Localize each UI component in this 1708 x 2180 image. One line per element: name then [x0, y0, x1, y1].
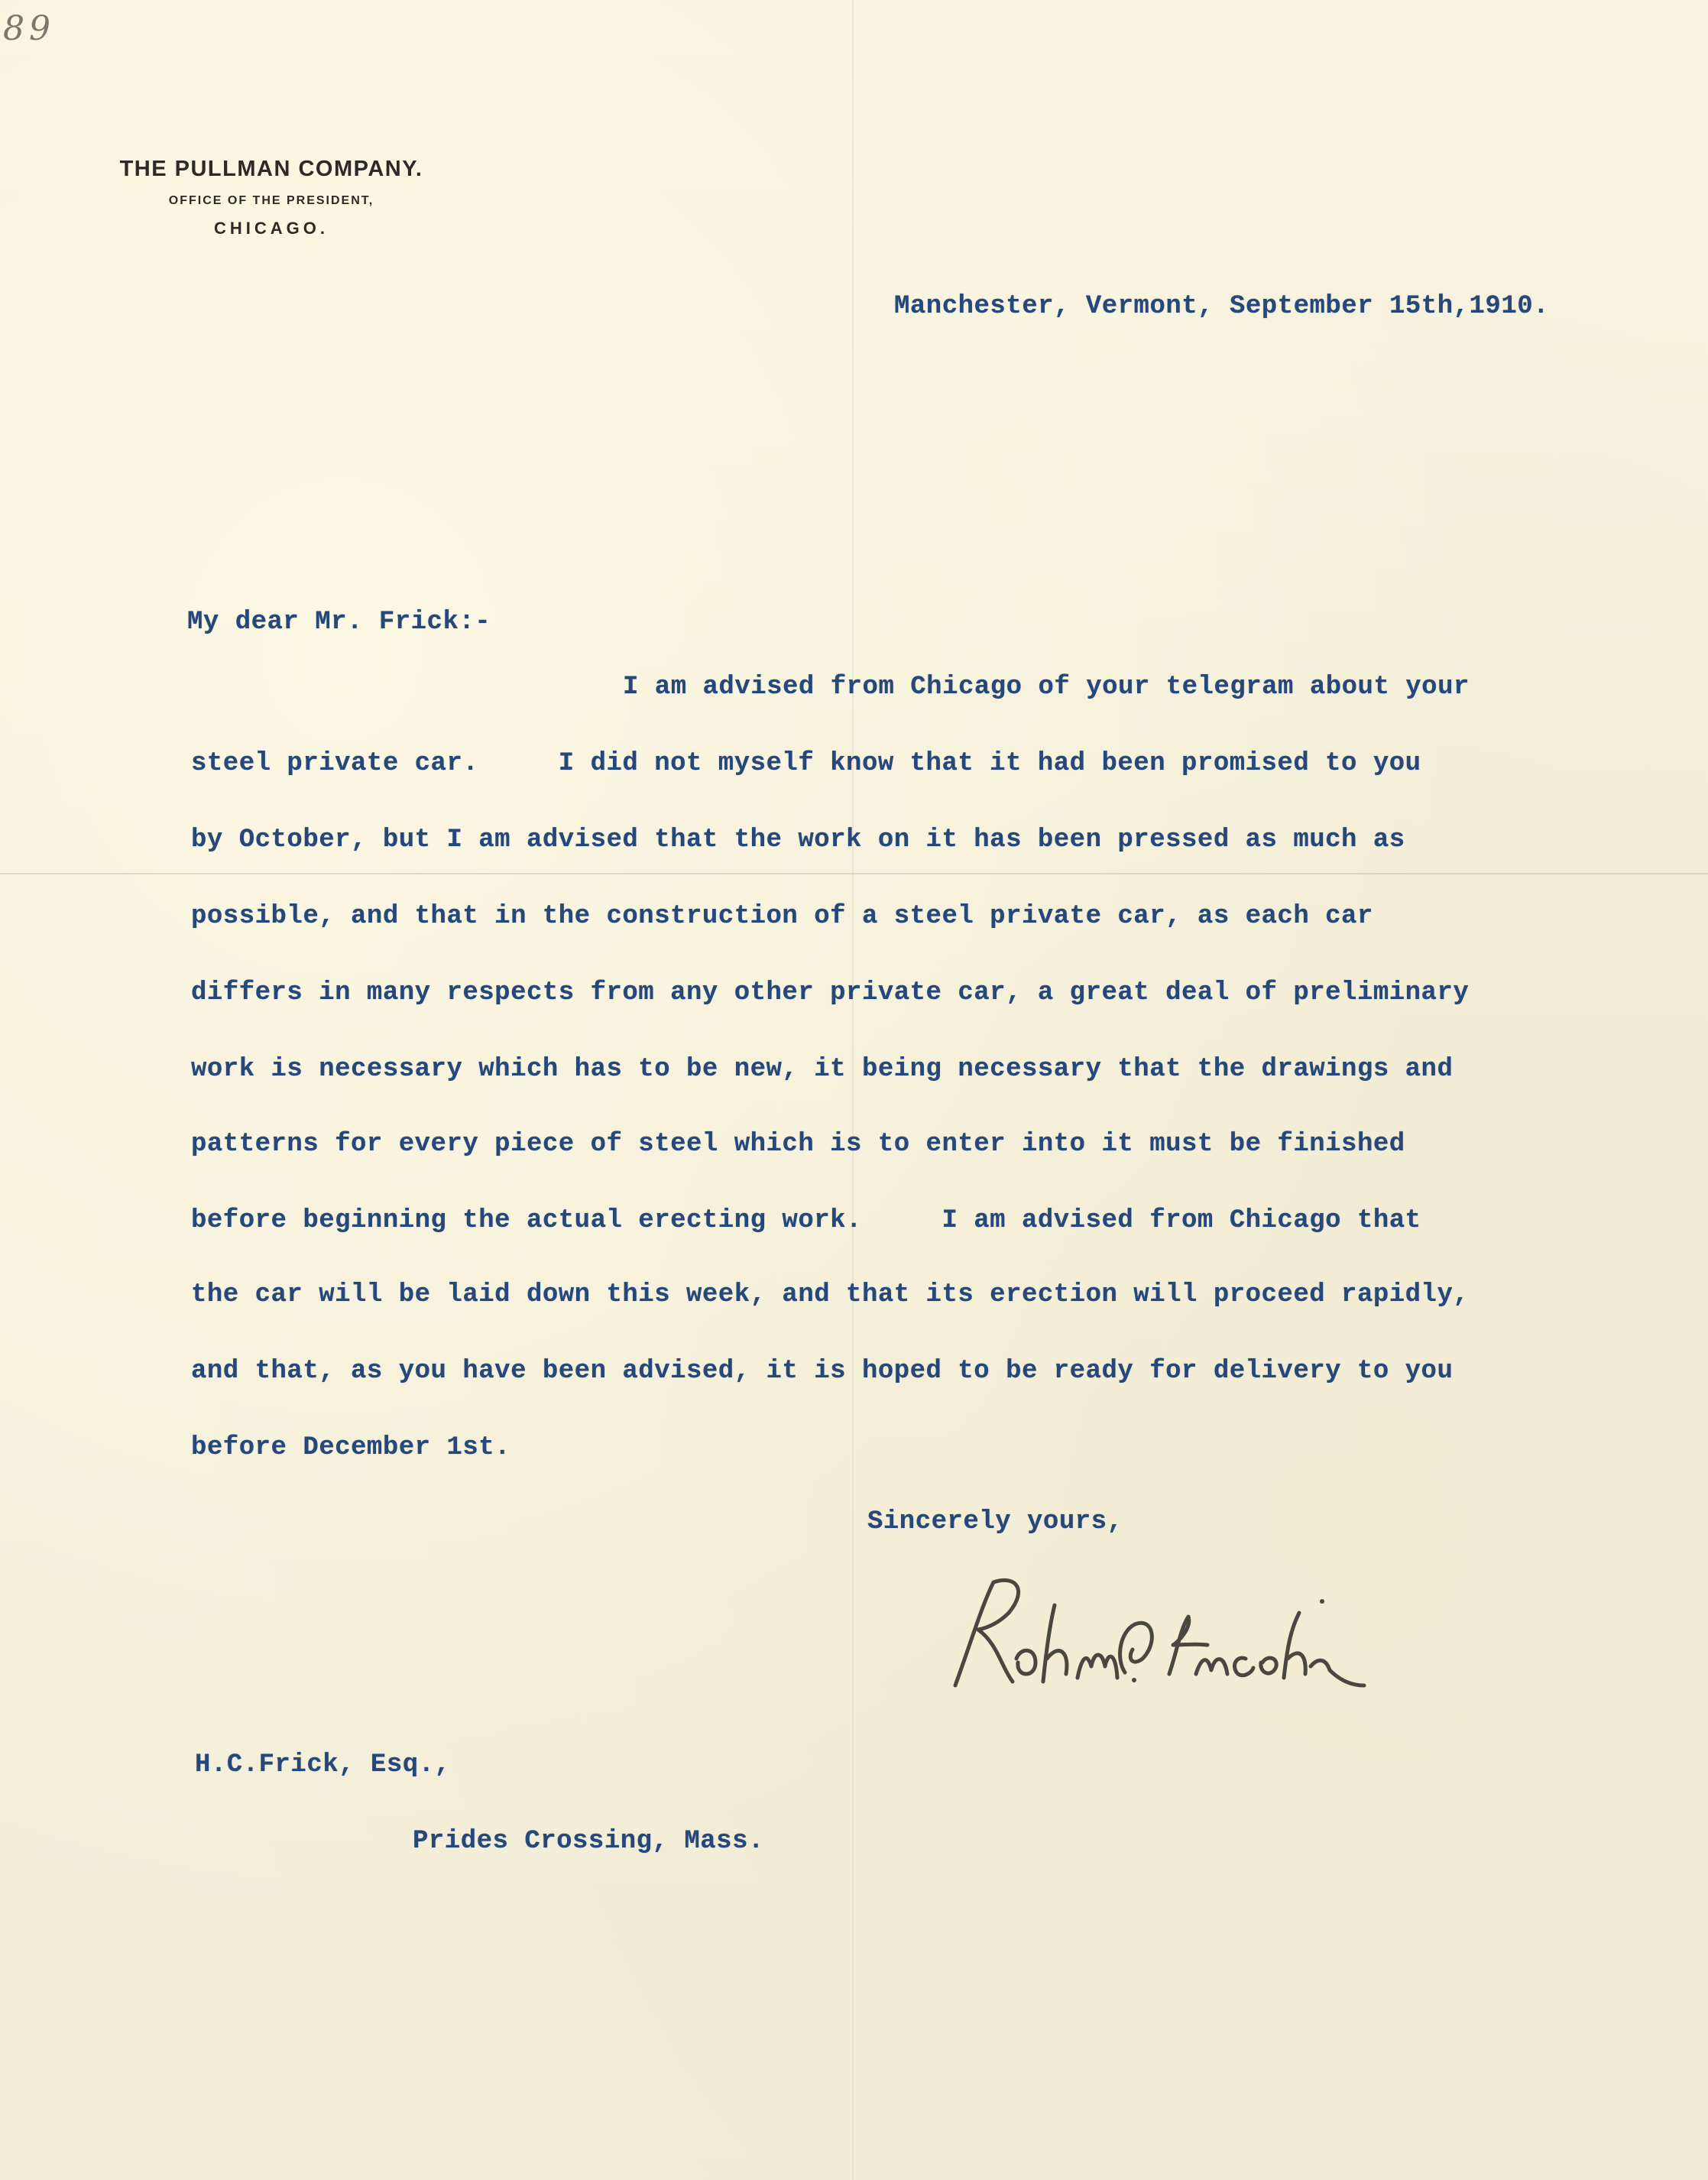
- archive-mark: 89: [3, 9, 55, 48]
- recipient-location: Prides Crossing, Mass.: [413, 1827, 764, 1856]
- recipient-name: H.C.Frick, Esq.,: [195, 1750, 450, 1779]
- salutation: My dear Mr. Frick:-: [187, 608, 491, 637]
- body-line: steel private car. I did not myself know…: [191, 749, 1421, 778]
- body-line: and that, as you have been advised, it i…: [191, 1357, 1453, 1386]
- body-line: by October, but I am advised that the wo…: [191, 826, 1405, 855]
- closing: Sincerely yours,: [867, 1507, 1123, 1536]
- dateline: Manchester, Vermont, September 15th,1910…: [894, 292, 1549, 321]
- body-line: possible, and that in the construction o…: [191, 902, 1373, 931]
- fold-line-vertical: [852, 0, 854, 2180]
- signature: [925, 1559, 1398, 1697]
- letterhead: THE PULLMAN COMPANY. OFFICE OF THE PRESI…: [69, 157, 474, 238]
- body-line: I am advised from Chicago of your telegr…: [623, 673, 1470, 702]
- body-line: differs in many respects from any other …: [191, 978, 1469, 1007]
- body-line: patterns for every piece of steel which …: [191, 1130, 1405, 1159]
- letterhead-company: THE PULLMAN COMPANY.: [69, 157, 474, 182]
- fold-line-horizontal: [0, 873, 1708, 874]
- letterhead-office: OFFICE OF THE PRESIDENT,: [69, 194, 474, 208]
- body-line: work is necessary which has to be new, i…: [191, 1055, 1453, 1084]
- letterhead-city: CHICAGO.: [69, 219, 474, 238]
- body-line: the car will be laid down this week, and…: [191, 1280, 1469, 1309]
- body-line: before December 1st.: [191, 1433, 510, 1462]
- body-line: before beginning the actual erecting wor…: [191, 1206, 1421, 1235]
- letter-paper: 89 THE PULLMAN COMPANY. OFFICE OF THE PR…: [0, 0, 1708, 2180]
